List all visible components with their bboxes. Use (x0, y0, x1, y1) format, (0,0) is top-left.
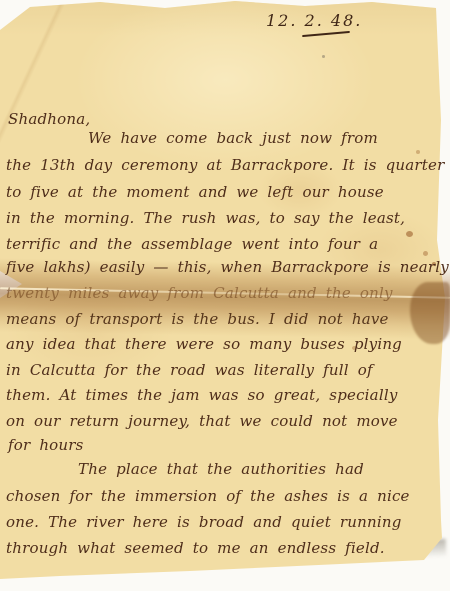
letter-date: 12. 2. 48. (266, 11, 362, 30)
foxing-spot (322, 55, 325, 58)
letter-greeting: Shadhona, (8, 112, 90, 127)
letter-line: We have come back just now from (88, 131, 378, 146)
letter-line: through what seemed to me an endless fie… (6, 541, 385, 556)
letter-line: terrific and the assemblage went into fo… (6, 237, 378, 252)
letter-line: for hours (8, 438, 84, 453)
letter-line: in the morning. The rush was, to say the… (6, 211, 405, 226)
foxing-spot (406, 231, 413, 237)
letter-line-faded: twenty miles away from Calcutta and the … (6, 286, 393, 301)
foxing-spot (423, 251, 428, 256)
letter-line: any idea that there were so many buses p… (6, 337, 402, 352)
letter-line: one. The river here is broad and quiet r… (6, 515, 402, 530)
foxing-spot (416, 150, 420, 154)
paper-stain-right (410, 282, 450, 344)
letter-line: means of transport is the bus. I did not… (6, 312, 389, 327)
scanned-letter-page: 12. 2. 48. Shadhona, We have come back j… (0, 0, 450, 591)
letter-line: on our return journey, that we could not… (6, 414, 398, 429)
letter-line: five lakhs) easily — this, when Barrackp… (6, 260, 449, 275)
letter-line: in Calcutta for the road was literally f… (6, 363, 373, 378)
letter-line-paragraph-start: The place that the authorities had (78, 462, 364, 477)
letter-line: to five at the moment and we left our ho… (6, 185, 384, 200)
letter-line: them. At times the jam was so great, spe… (6, 388, 398, 403)
letter-line: chosen for the immersion of the ashes is… (6, 489, 410, 504)
letter-line: the 13th day ceremony at Barrackpore. It… (6, 158, 444, 173)
